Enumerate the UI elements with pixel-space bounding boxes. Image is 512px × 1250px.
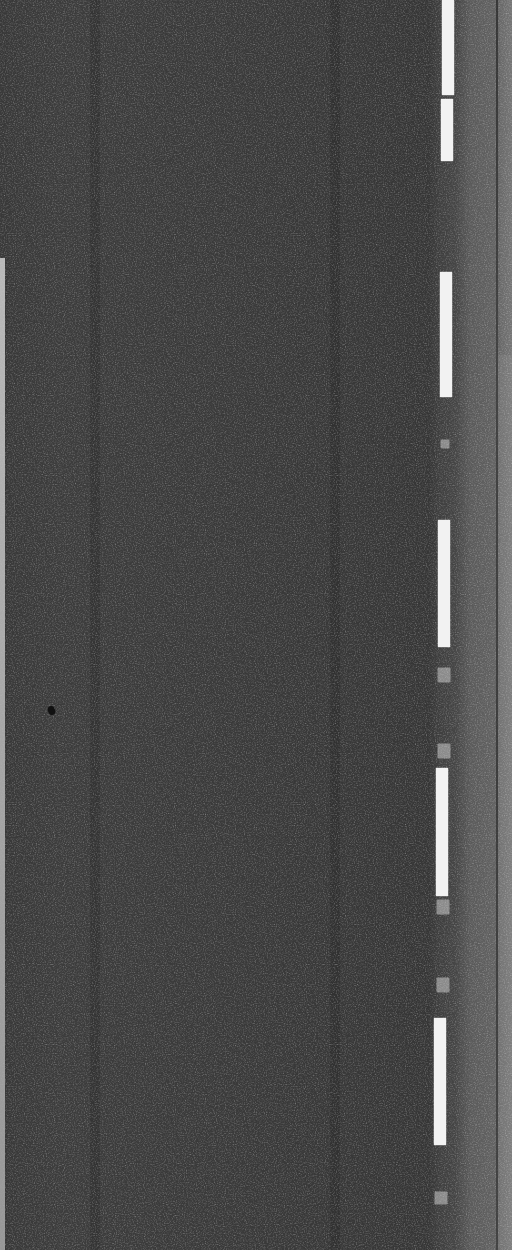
lane-dash-worn <box>441 440 449 448</box>
lane-dash <box>436 768 448 896</box>
lane-dash-worn <box>438 744 450 758</box>
shoulder-crack <box>496 0 498 1250</box>
lane-dash <box>434 1018 446 1145</box>
lane-dash <box>442 0 454 95</box>
shoulder <box>498 355 512 1250</box>
lane-dash-worn <box>438 668 450 682</box>
lane-dash-worn <box>435 1192 447 1204</box>
lane-dash-worn <box>437 978 449 992</box>
lane-dash <box>440 272 452 397</box>
lane-dash-worn <box>437 900 449 914</box>
lane-dash <box>441 99 453 161</box>
lane-dash <box>438 520 450 647</box>
left-edge-line <box>0 258 5 1250</box>
road-aerial-image <box>0 0 512 1250</box>
